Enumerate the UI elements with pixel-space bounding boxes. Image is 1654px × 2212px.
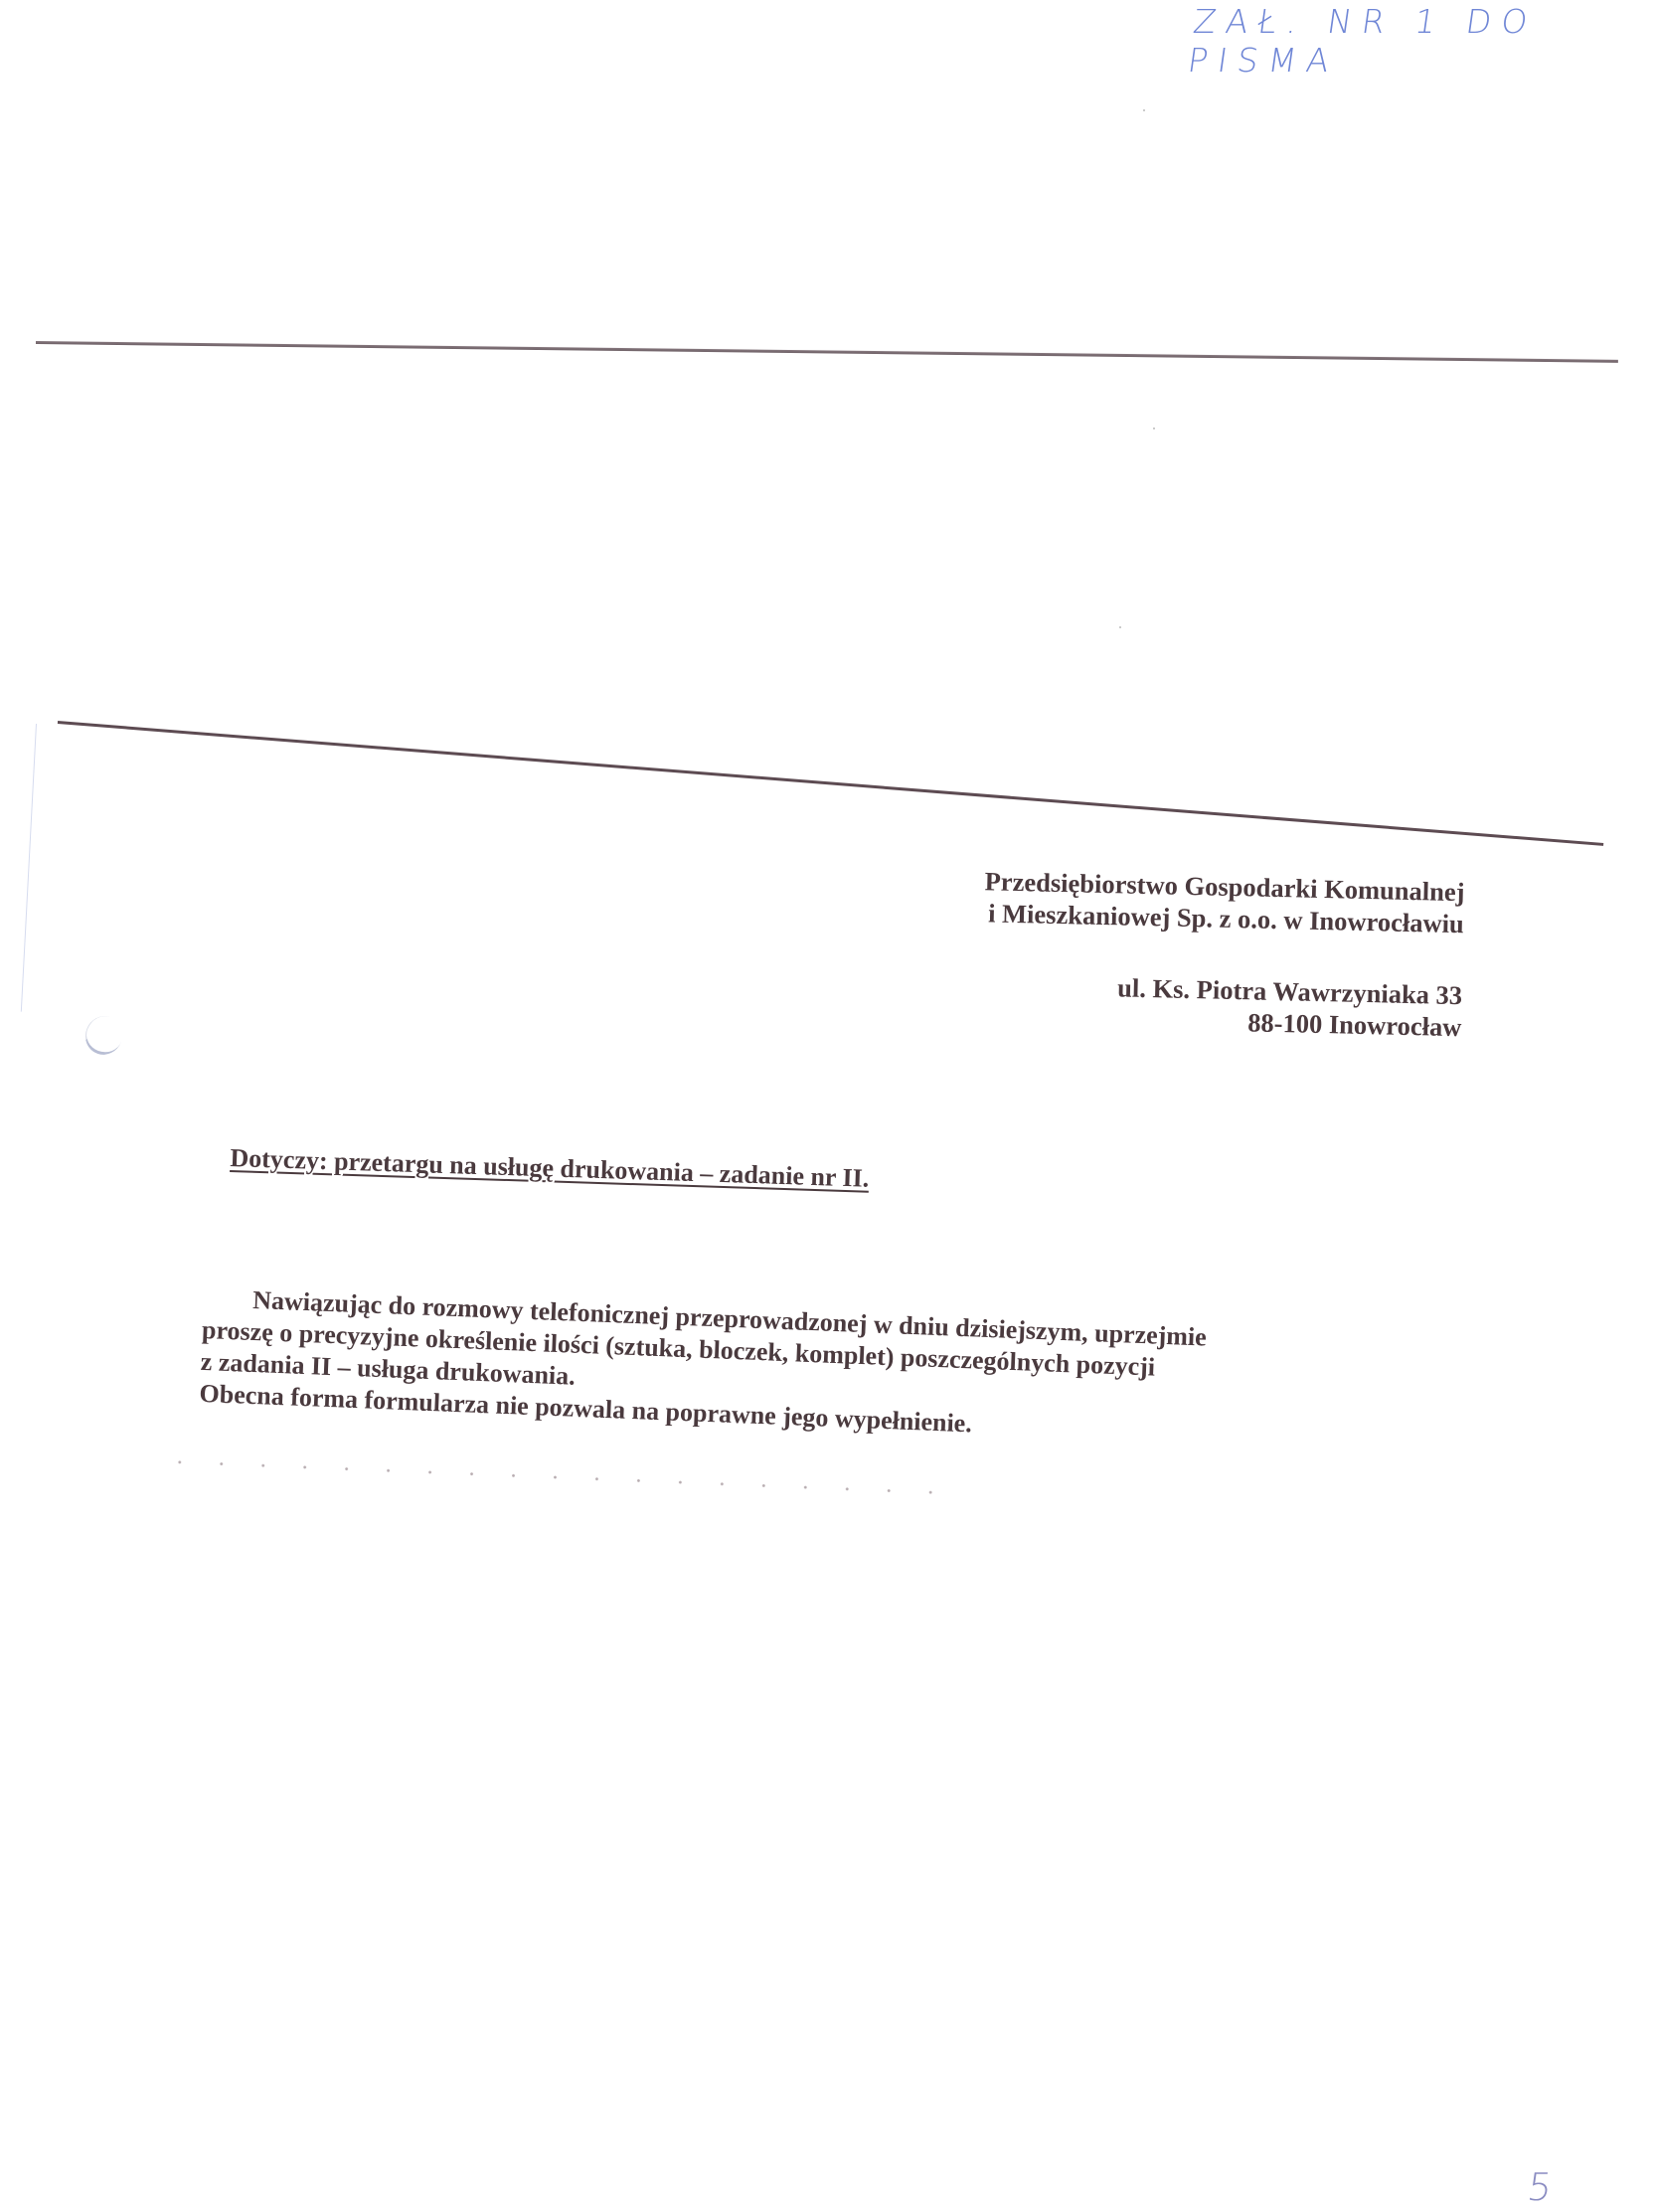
scan-speck bbox=[1153, 427, 1155, 429]
scan-cut-line bbox=[58, 721, 1603, 846]
scan-speck bbox=[1119, 626, 1121, 628]
paper-edge-line bbox=[21, 724, 37, 1012]
subject-line: Dotyczy: przetargu na usługę drukowania … bbox=[230, 1143, 870, 1194]
punch-hole-mark bbox=[80, 1011, 127, 1060]
addressee-block: Przedsiębiorstwo Gospodarki Komunalnej i… bbox=[881, 863, 1465, 1043]
cut-off-text-remnant bbox=[159, 1456, 954, 1498]
scan-fold-line-top bbox=[36, 341, 1618, 363]
handwritten-page-number: 5 bbox=[1525, 2165, 1565, 2209]
scan-speck bbox=[1143, 109, 1145, 111]
letter-body: Nawiązując do rozmowy telefonicznej prze… bbox=[199, 1282, 1207, 1449]
handwritten-attachment-note: ZAŁ. NR 1 DO PISMA bbox=[1186, 2, 1654, 80]
